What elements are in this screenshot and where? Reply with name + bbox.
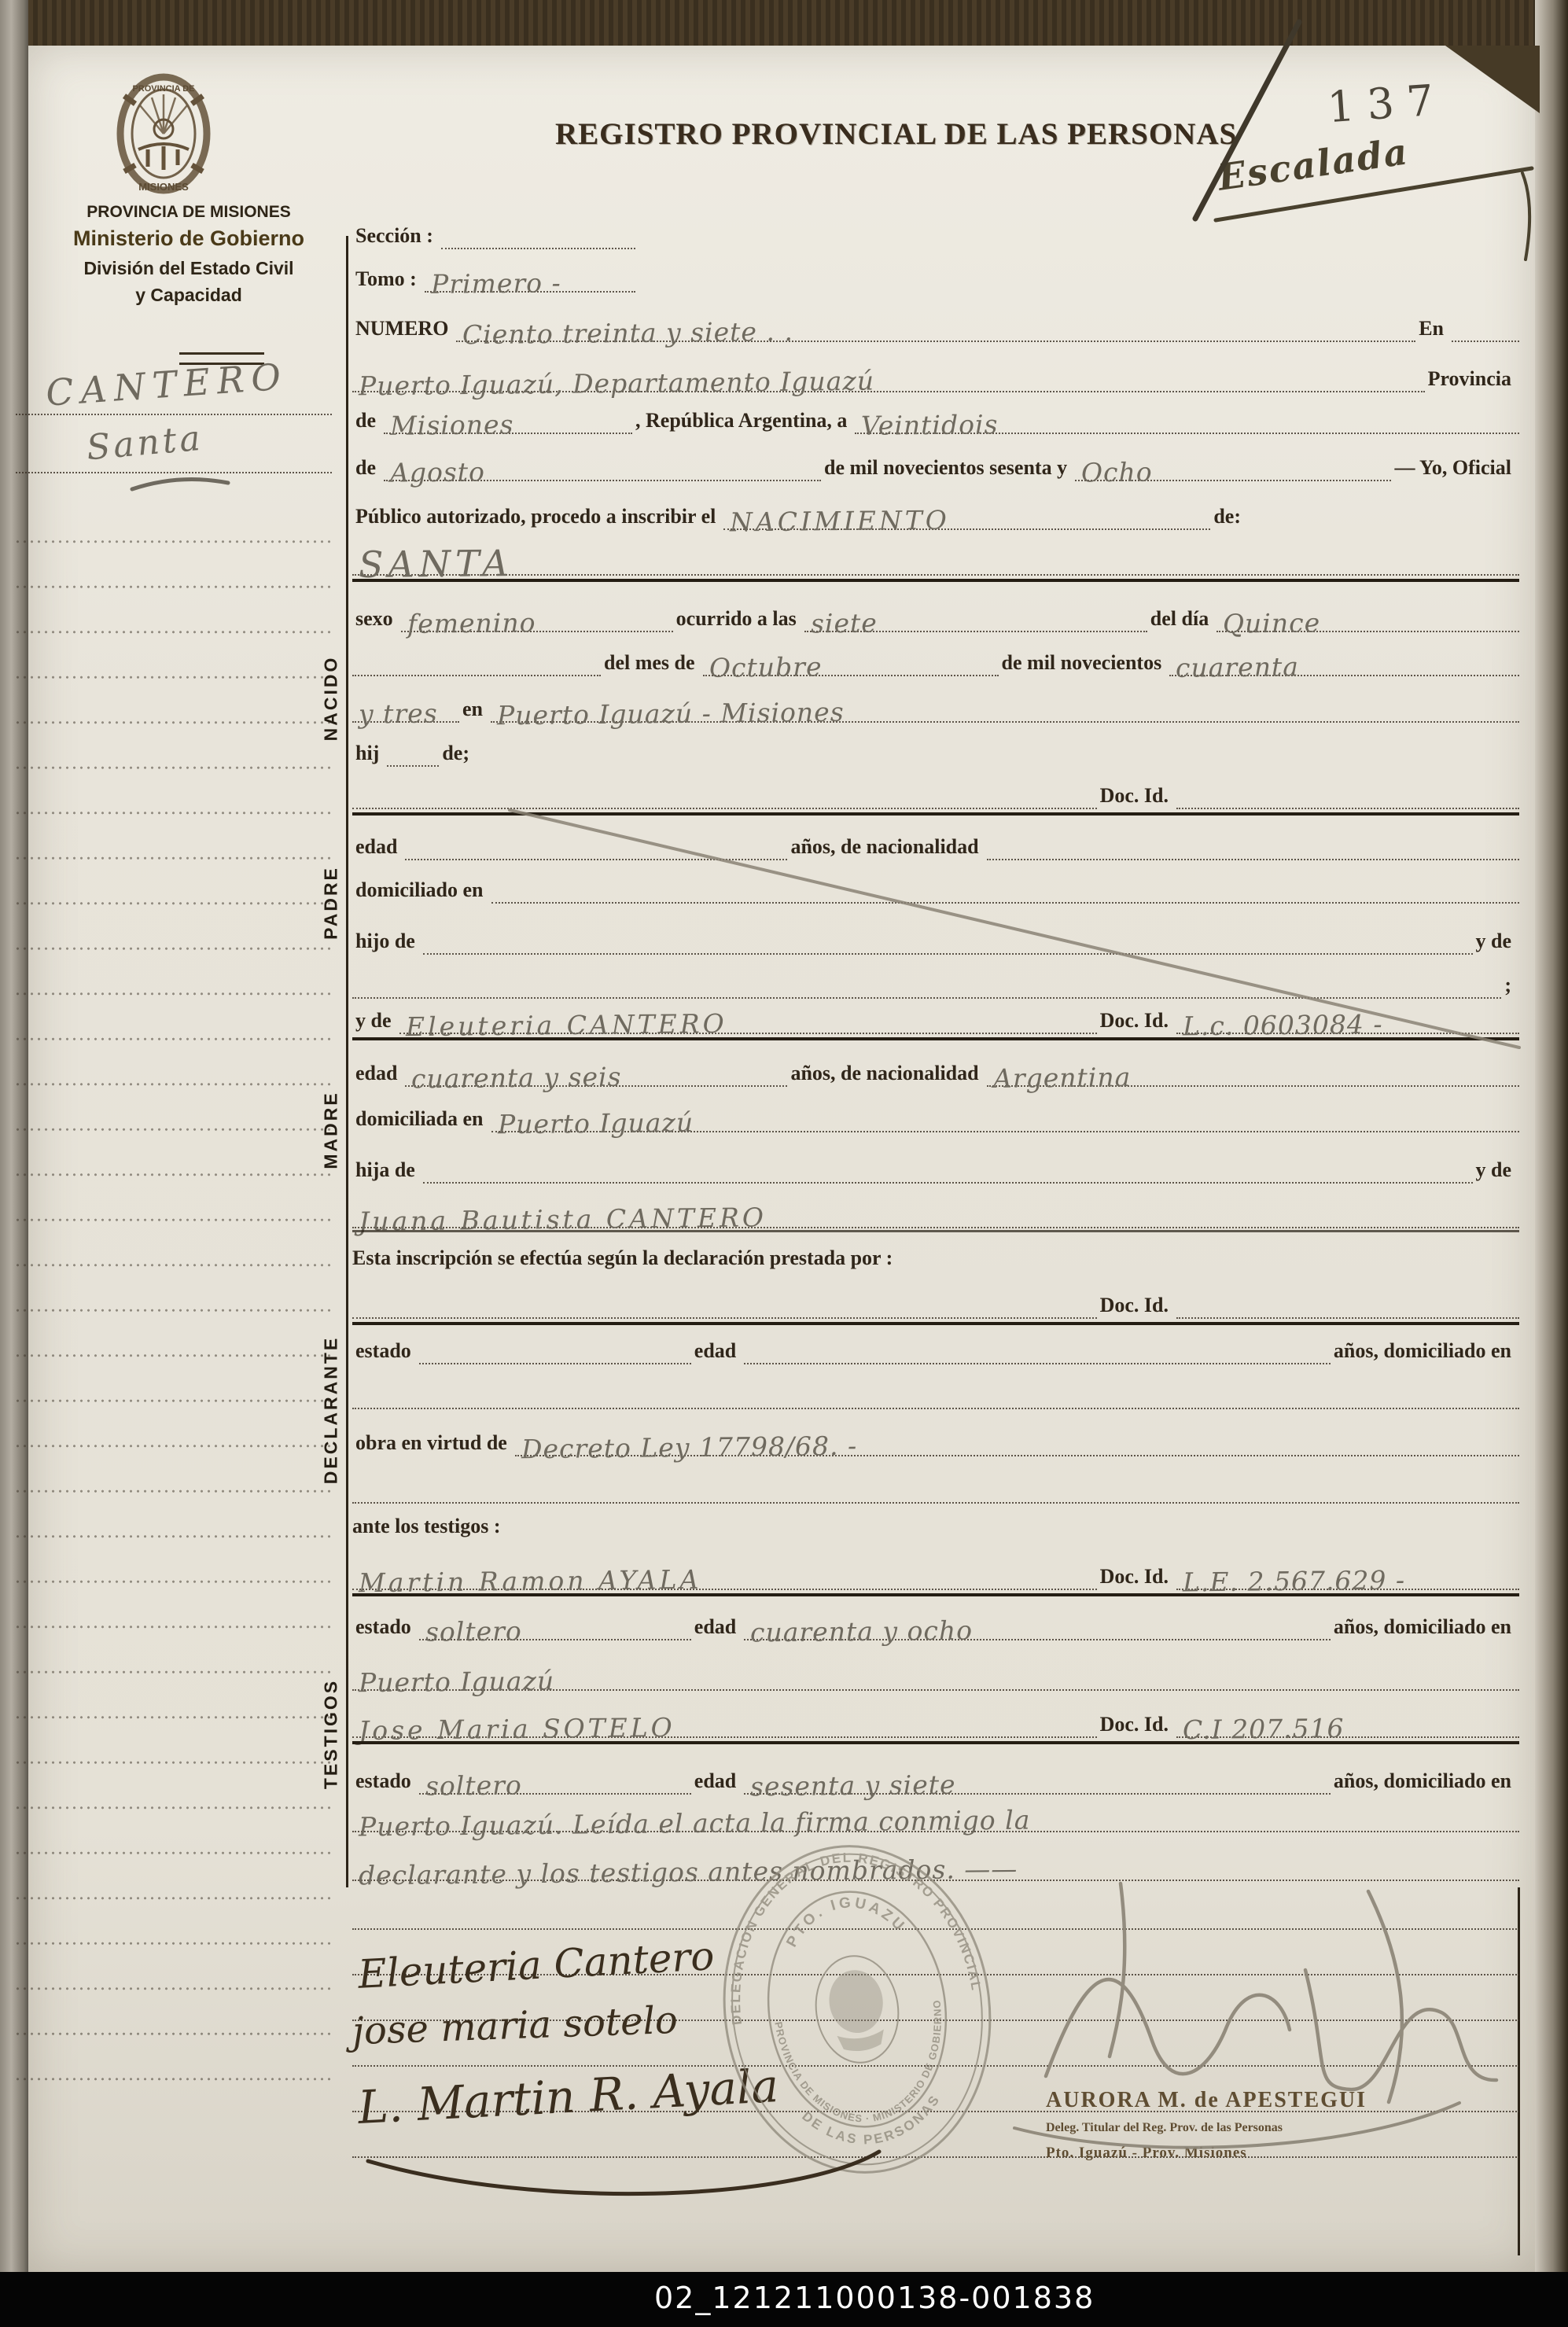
testigo1-nombre-line: Martin Ramon AYALA [352,1568,1097,1590]
row-testigo1-domicilio: Puerto Iguazú [352,1655,1519,1691]
dia-nac-value: Quince [1223,609,1320,636]
mil-novecientos-label: de mil novecientos [999,652,1170,676]
testigo1-nombre-value: Martin Ramon AYALA [359,1567,702,1596]
row-padre-edad: edad años, de nacionalidad [352,824,1519,860]
sidebar-division-2: y Capacidad [35,285,342,306]
row-abuela: Juana Bautista CANTERO [352,1192,1519,1228]
numero-value: Ciento treinta y siete . . [462,318,793,348]
testigo1-edad-line: cuarenta y ocho [744,1618,1331,1640]
sidebar-ministry: Ministerio de Gobierno [31,226,346,251]
dia-nac-line: Quince [1216,610,1519,632]
testigo2-estado-line: soltero [419,1773,691,1795]
tomo-value: Primero - [431,270,561,297]
ocurrido-label: ocurrido a las [673,608,804,632]
padre-nombre-rule [352,812,1519,816]
delegada-cargo: Deleg. Titular del Reg. Prov. de las Per… [1046,2121,1367,2135]
row-cierre-1: Puerto Iguazú. Leída el acta la firma co… [352,1796,1519,1832]
anio-line: Ocho [1075,459,1391,481]
row-declarante-estado: estado edad años, domiciliado en [352,1328,1519,1364]
madre-nombre-line: Eleuteria CANTERO [399,1012,1097,1034]
row-provincia: de Misiones , República Argentina, a Vei… [352,398,1519,434]
hij-label: hij [352,742,387,767]
delegada-stamp: AURORA M. de APESTEGUI Deleg. Titular de… [1046,2088,1367,2162]
anio-value: Ocho [1081,459,1153,486]
cierre1-value: Puerto Iguazú. Leída el acta la firma co… [359,1807,1031,1840]
madre-nacionalidad-value: Argentina [992,1064,1131,1092]
declarante-blank2-line [352,1502,1519,1504]
page-right-edge [1535,0,1568,2281]
padre-nacionalidad-line [987,859,1519,860]
inscripto-line: SANTA [352,546,1519,576]
dia-line: Veintidois [855,412,1519,434]
madre-nac-label: años, de nacionalidad [787,1062,986,1087]
padre-docid-label: Doc. Id. [1097,785,1176,809]
padre-doc-line [1176,808,1519,809]
testigo1-doc-line: L.E. 2.567.629 - [1176,1568,1519,1590]
padre-dom-line [491,902,1519,904]
row-madre-domicilio: domiciliada en Puerto Iguazú [352,1096,1519,1132]
madre-nombre-value: Eleuteria CANTERO [405,1011,727,1040]
row-declarante-nombre: Doc. Id. [352,1283,1519,1319]
testigo2-estado-label: estado [352,1770,419,1795]
abuela-line: Juana Bautista CANTERO [352,1206,1519,1228]
sexo-value: femenino [407,609,536,637]
lugar-nac-line: Puerto Iguazú - Misiones [491,701,1519,723]
testigo1-estado-label: estado [352,1616,419,1640]
testigo1-dom-label: años, domiciliado en [1331,1616,1519,1640]
row-obra: obra en virtud de Decreto Ley 17798/68. … [352,1420,1519,1456]
testigo1-dom-value: Puerto Iguazú [359,1668,554,1696]
madre-doc-line: L.c. 0603084 - [1176,1012,1519,1034]
padre-edad-line [405,859,787,860]
section-label-nacido: NACIDO [321,656,342,742]
anio2-line: y tres [352,701,459,723]
row-sexo: sexo femenino ocurrido a las siete del d… [352,596,1519,632]
row-declarante-blank2 [352,1467,1519,1504]
anio-nac-line: cuarenta [1169,654,1519,676]
lugar-value: Puerto Iguazú, Departamento Iguazú [359,368,874,399]
madre-dom-label: domiciliada en [352,1108,491,1132]
testigo2-estado-value: soltero [425,1772,522,1799]
padre-dom-label: domiciliado en [352,879,491,904]
lugar-nac-value: Puerto Iguazú - Misiones [497,699,845,729]
de-semi-label: de; [439,742,477,767]
testigo1-dom-line: Puerto Iguazú [352,1669,1519,1691]
section-rule-nacido [352,579,1519,582]
testigo1-estado-line: soltero [419,1618,691,1640]
declarante-dom-label: años, domiciliado en [1331,1340,1519,1364]
mes-nac-value: Octubre [709,654,822,681]
numero-label: NUMERO [352,318,456,342]
sexo-line: femenino [401,610,673,632]
ante-testigos-text: ante los testigos : [352,1515,500,1538]
margin-ruled-lines [14,503,332,2084]
madre-dom-line: Puerto Iguazú [491,1110,1519,1132]
row-tomo: Tomo : Primero - [352,256,635,293]
en-label: En [1415,318,1452,342]
row-mes-nac: del mes de Octubre de mil novecientos cu… [352,640,1519,676]
madre-nombre-rule [352,1037,1519,1040]
tomo-line: Primero - [425,271,635,293]
section-label-declarante: DECLARANTE [321,1336,342,1484]
acto-line: NACIMIENTO [723,508,1210,530]
yo-oficial-label: — Yo, Oficial [1391,457,1519,481]
row-lugar: Puerto Iguazú, Departamento Iguazú Provi… [352,356,1519,392]
provincia-value: Misiones [390,411,514,439]
cierre2-value: declarante y los testigos antes nombrado… [359,1856,1018,1889]
tomo-label: Tomo : [352,268,425,293]
dia-value: Veintidois [861,411,999,439]
row-testigo2-nombre: Jose Maria SOTELO Doc. Id. C.I 207.516 [352,1702,1519,1738]
sidebar-division-1: División del Estado Civil [35,258,342,279]
blank-line-4 [352,2065,1519,2067]
declarante-estado-line [419,1363,691,1364]
testigo1-docid-label: Doc. Id. [1097,1566,1176,1590]
section-label-testigos: TESTIGOS [321,1679,342,1789]
padre-hijo-label: hijo de [352,930,423,955]
row-madre-nombre: y de Eleuteria CANTERO Doc. Id. L.c. 060… [352,998,1519,1034]
cierre1-line: Puerto Iguazú. Leída el acta la firma co… [352,1810,1519,1832]
row-testigo1-estado: estado soltero edad cuarenta y ocho años… [352,1604,1519,1640]
provincia-line: Misiones [384,412,632,434]
row-numero: NUMERO Ciento treinta y siete . . En [352,306,1519,342]
margin-line-2 [16,472,332,473]
abuela-rule [352,1230,1519,1232]
madre-hija-label: hija de [352,1159,423,1184]
sexo-label: sexo [352,608,401,632]
obra-line: Decreto Ley 17798/68. - [515,1434,1519,1456]
row-fecha: de Agosto de mil novecientos sesenta y O… [352,445,1519,481]
testigo2-doc-line: C.I 207.516 [1176,1716,1519,1738]
page-corner-fold [1445,46,1540,113]
row-madre-hija: hija de y de [352,1147,1519,1184]
row-testigo2-estado: estado soltero edad sesenta y siete años… [352,1758,1519,1795]
row-hij: hij de; [352,731,541,767]
cierre2-line: declarante y los testigos antes nombrado… [352,1859,1519,1881]
del-dia-label: del día [1147,608,1216,632]
de-label-1: de [352,410,384,434]
section-label-padre: PADRE [321,866,342,940]
padre-hijo-line [423,953,1473,955]
hora-line: siete [804,610,1147,632]
madre-nacionalidad-line: Argentina [987,1065,1519,1087]
testigo1-rule [352,1593,1519,1596]
madre-edad-value: cuarenta y seis [411,1064,622,1092]
testigo2-doc-value: C.I 207.516 [1183,1715,1345,1743]
en-line [1452,341,1519,342]
acta-number-stamp: 137 [1326,75,1448,132]
delegada-nombre: AURORA M. de APESTEGUI [1046,2088,1367,2113]
row-madre-edad: edad cuarenta y seis años, de nacionalid… [352,1051,1519,1087]
madre-doc-value: L.c. 0603084 - [1183,1011,1383,1040]
row-padre-hijo: hijo de y de [352,919,1519,955]
row-padre-domicilio: domiciliado en [352,867,1519,904]
padre-nombre-line [352,808,1097,809]
section-label-madre: MADRE [321,1091,342,1169]
testigo1-edad-value: cuarenta y ocho [750,1618,973,1646]
hora-value: siete [811,610,878,637]
padre-edad-label: edad [352,836,405,860]
provincia-label: Provincia [1425,368,1519,392]
form-left-border [346,236,348,1887]
padre-nac-label: años, de nacionalidad [787,836,986,860]
mes-nac-line: Octubre [703,654,999,676]
row-lugar-nac: y tres en Puerto Iguazú - Misiones [352,687,1519,723]
margin-line-1 [16,414,332,415]
declarante-docid-label: Doc. Id. [1097,1294,1176,1319]
row-acto: Público autorizado, procedo a inscribir … [352,494,1249,530]
acto-value: NACIMIENTO [730,507,950,536]
declarante-edad-label: edad [691,1340,744,1364]
row-padre-fin: ; [352,963,1519,999]
scanned-birth-certificate: 02_121211000138-001838 REGISTRO PROVINCI… [0,0,1568,2327]
row-seccion: Sección : [352,213,635,249]
page-title: REGISTRO PROVINCIAL DE LAS PERSONAS [555,116,1237,152]
en-min-label: en [459,698,491,723]
seccion-line [441,248,635,249]
publico-label: Público autorizado, procedo a inscribir … [352,506,723,530]
delegada-lugar: Pto. Iguazú - Prov. Misiones [1046,2145,1367,2162]
testigo2-edad-line: sesenta y siete [744,1773,1331,1795]
testigo1-doc-value: L.E. 2.567.629 - [1183,1567,1405,1596]
seccion-label: Sección : [352,225,441,249]
madre-docid-label: Doc. Id. [1097,1010,1176,1034]
mes-line: Agosto [384,459,821,481]
madre-edad-line: cuarenta y seis [405,1065,787,1087]
testigo2-dom-label: años, domiciliado en [1331,1770,1519,1795]
madre-yde2-label: y de [1473,1159,1520,1184]
declarante-nombre-rule [352,1322,1519,1325]
testigo2-edad-label: edad [691,1770,744,1795]
testigo2-rule [352,1741,1519,1744]
madre-yde-label: y de [352,1010,399,1034]
testigo2-nombre-value: Jose Maria SOTELO [359,1714,675,1743]
novecientos-label: de mil novecientos sesenta y [821,457,1075,481]
declarante-edad-line [744,1363,1331,1364]
row-declarante-blank1 [352,1373,1519,1409]
declarante-estado-label: estado [352,1340,419,1364]
testigo1-estado-value: soltero [425,1618,522,1644]
madre-hija-line [423,1182,1473,1184]
madre-dom-value: Puerto Iguazú [497,1110,693,1138]
padre-yde-label: y de [1473,930,1520,955]
row-cierre-2: declarante y los testigos antes nombrado… [352,1845,1519,1881]
madre-edad-label: edad [352,1062,405,1087]
republica-label: , República Argentina, a [632,410,855,434]
archive-code: 02_121211000138-001838 [654,2281,1095,2315]
mes-nac-prefill [352,675,601,676]
de-label-2: de [352,457,384,481]
book-cover-top-edge [0,0,1568,46]
declarante-doc-line [1176,1317,1519,1319]
row-testigo1-nombre: Martin Ramon AYALA Doc. Id. L.E. 2.567.6… [352,1554,1519,1590]
anio-nac-value: cuarenta [1176,654,1299,681]
blank-line-1 [352,1928,1519,1930]
row-inscripto: SANTA [352,539,1519,576]
row-padre-nombre: Doc. Id. [352,773,1519,809]
testigo1-edad-label: edad [691,1616,744,1640]
anio2-value: y tres [359,700,438,727]
lugar-line: Puerto Iguazú, Departamento Iguazú [352,370,1425,392]
mes-value: Agosto [390,458,485,485]
de-colon-label: de: [1210,506,1249,530]
hij-gap-line [387,765,439,767]
padre-semicolon: ; [1501,974,1519,999]
declarante-blank1-line [352,1408,1519,1409]
obra-label: obra en virtud de [352,1432,515,1456]
sidebar-province: PROVINCIA DE MISIONES [47,203,330,222]
testigo2-nombre-line: Jose Maria SOTELO [352,1716,1097,1738]
declarante-nombre-line [352,1317,1097,1319]
obra-value: Decreto Ley 17798/68. - [521,1433,858,1462]
inscripto-value: SANTA [359,545,513,583]
testigo2-docid-label: Doc. Id. [1097,1714,1176,1738]
del-mes-label: del mes de [601,652,703,676]
declaracion-text: Esta inscripción se efectúa según la dec… [352,1246,893,1270]
numero-line: Ciento treinta y siete . . [456,320,1415,342]
testigo2-edad-value: sesenta y siete [750,1772,956,1800]
